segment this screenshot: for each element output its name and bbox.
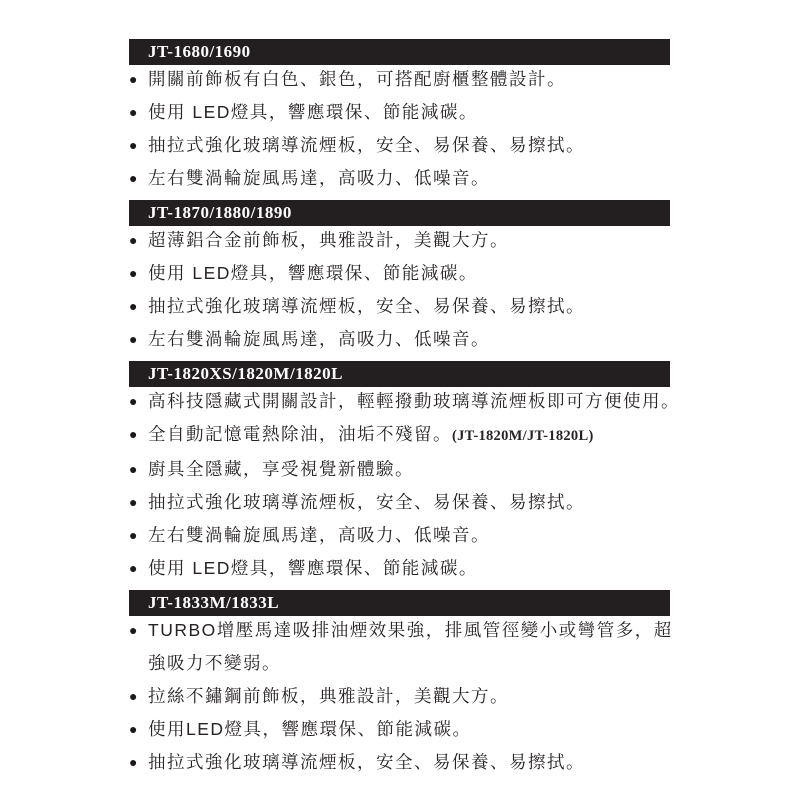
feature-text: 左右雙渦輪旋風馬達，高吸力、低噪音。	[148, 525, 490, 545]
model-number: JT-1833M/1833L	[148, 593, 279, 612]
product-section: JT-1820XS/1820M/1820L●高科技隱藏式開關設計，輕輕撥動玻璃導…	[129, 361, 689, 585]
feature-list: ●開關前飾板有白色、銀色，可搭配廚櫃整體設計。●使用 LED燈具，響應環保、節能…	[129, 63, 689, 195]
feature-text: 開關前飾板有白色、銀色，可搭配廚櫃整體設計。	[148, 69, 566, 89]
feature-item: ●左右雙渦輪旋風馬達，高吸力、低噪音。	[129, 519, 689, 552]
feature-item: ●全自動記憶電熱除油，油垢不殘留。(JT-1820M/JT-1820L)	[129, 418, 689, 453]
feature-text-wrap: 使用 LED燈具，響應環保、節能減碳。	[148, 257, 689, 290]
feature-item: ●抽拉式強化玻璃導流煙板，安全、易保養、易擦拭。	[129, 486, 689, 519]
feature-text: 全自動記憶電熱除油，油垢不殘留。	[148, 424, 452, 444]
feature-text-wrap: 左右雙渦輪旋風馬達，高吸力、低噪音。	[148, 162, 689, 195]
feature-text-wrap: 使用 LED燈具，響應環保、節能減碳。	[148, 552, 689, 585]
model-header-bar: JT-1820XS/1820M/1820L	[129, 361, 670, 387]
product-section: JT-1833M/1833L●TURBO增壓馬達吸排油煙效果強，排風管徑變小或彎…	[129, 590, 689, 779]
bullet-icon: ●	[129, 614, 148, 647]
bullet-icon: ●	[129, 162, 148, 195]
product-section: JT-1870/1880/1890●超薄鋁合金前飾板，典雅設計，美觀大方。●使用…	[129, 200, 689, 356]
bullet-icon: ●	[129, 290, 148, 323]
feature-item: ●使用LED燈具，響應環保、節能減碳。	[129, 713, 689, 746]
model-header-bar: JT-1870/1880/1890	[129, 200, 670, 226]
feature-list: ●超薄鋁合金前飾板，典雅設計，美觀大方。●使用 LED燈具，響應環保、節能減碳。…	[129, 224, 689, 356]
feature-text-wrap: 超薄鋁合金前飾板，典雅設計，美觀大方。	[148, 224, 689, 257]
feature-text: 使用LED燈具，響應環保、節能減碳。	[148, 719, 472, 739]
bullet-icon: ●	[129, 323, 148, 356]
model-header-bar: JT-1680/1690	[129, 39, 670, 65]
bullet-icon: ●	[129, 63, 148, 96]
bullet-icon: ●	[129, 385, 148, 418]
bullet-icon: ●	[129, 713, 148, 746]
feature-text-wrap: 廚具全隱藏，享受視覺新體驗。	[148, 453, 689, 486]
feature-item: ●左右雙渦輪旋風馬達，高吸力、低噪音。	[129, 323, 689, 356]
feature-text: 左右雙渦輪旋風馬達，高吸力、低噪音。	[148, 168, 490, 188]
feature-list: ●高科技隱藏式開關設計，輕輕撥動玻璃導流煙板即可方便使用。●全自動記憶電熱除油，…	[129, 385, 689, 585]
model-number: JT-1870/1880/1890	[148, 203, 292, 222]
feature-text: 高科技隱藏式開關設計，輕輕撥動玻璃導流煙板即可方便使用。	[148, 391, 680, 411]
feature-text: TURBO增壓馬達吸排油煙效果強，排風管徑變小或彎管多，超強吸力不變弱。	[148, 620, 673, 673]
feature-item: ●TURBO增壓馬達吸排油煙效果強，排風管徑變小或彎管多，超強吸力不變弱。	[129, 614, 689, 680]
feature-text-wrap: 抽拉式強化玻璃導流煙板，安全、易保養、易擦拭。	[148, 746, 689, 779]
bullet-icon: ●	[129, 552, 148, 585]
feature-item: ●抽拉式強化玻璃導流煙板，安全、易保養、易擦拭。	[129, 290, 689, 323]
feature-note: (JT-1820M/JT-1820L)	[452, 428, 594, 444]
feature-item: ●拉絲不鏽鋼前飾板，典雅設計，美觀大方。	[129, 680, 689, 713]
feature-item: ●使用 LED燈具，響應環保、節能減碳。	[129, 96, 689, 129]
feature-text: 抽拉式強化玻璃導流煙板，安全、易保養、易擦拭。	[148, 296, 585, 316]
bullet-icon: ●	[129, 129, 148, 162]
bullet-icon: ●	[129, 257, 148, 290]
feature-text: 使用 LED燈具，響應環保、節能減碳。	[148, 263, 478, 283]
feature-text-wrap: 抽拉式強化玻璃導流煙板，安全、易保養、易擦拭。	[148, 290, 689, 323]
feature-item: ●開關前飾板有白色、銀色，可搭配廚櫃整體設計。	[129, 63, 689, 96]
feature-text-wrap: 抽拉式強化玻璃導流煙板，安全、易保養、易擦拭。	[148, 486, 689, 519]
feature-text: 抽拉式強化玻璃導流煙板，安全、易保養、易擦拭。	[148, 135, 585, 155]
bullet-icon: ●	[129, 224, 148, 257]
feature-text-wrap: 高科技隱藏式開關設計，輕輕撥動玻璃導流煙板即可方便使用。	[148, 385, 689, 418]
model-number: JT-1820XS/1820M/1820L	[148, 364, 343, 383]
feature-item: ●左右雙渦輪旋風馬達，高吸力、低噪音。	[129, 162, 689, 195]
feature-text-wrap: 開關前飾板有白色、銀色，可搭配廚櫃整體設計。	[148, 63, 689, 96]
feature-item: ●高科技隱藏式開關設計，輕輕撥動玻璃導流煙板即可方便使用。	[129, 385, 689, 418]
feature-item: ●廚具全隱藏，享受視覺新體驗。	[129, 453, 689, 486]
feature-text: 使用 LED燈具，響應環保、節能減碳。	[148, 102, 478, 122]
feature-text: 左右雙渦輪旋風馬達，高吸力、低噪音。	[148, 329, 490, 349]
spec-content: JT-1680/1690●開關前飾板有白色、銀色，可搭配廚櫃整體設計。●使用 L…	[129, 39, 689, 784]
feature-text-wrap: 拉絲不鏽鋼前飾板，典雅設計，美觀大方。	[148, 680, 689, 713]
model-header-bar: JT-1833M/1833L	[129, 590, 670, 616]
feature-item: ●超薄鋁合金前飾板，典雅設計，美觀大方。	[129, 224, 689, 257]
feature-text: 抽拉式強化玻璃導流煙板，安全、易保養、易擦拭。	[148, 492, 585, 512]
feature-text: 拉絲不鏽鋼前飾板，典雅設計，美觀大方。	[148, 686, 509, 706]
bullet-icon: ●	[129, 680, 148, 713]
bullet-icon: ●	[129, 746, 148, 779]
feature-item: ●使用 LED燈具，響應環保、節能減碳。	[129, 552, 689, 585]
bullet-icon: ●	[129, 96, 148, 129]
feature-text-wrap: 使用 LED燈具，響應環保、節能減碳。	[148, 96, 689, 129]
feature-text: 超薄鋁合金前飾板，典雅設計，美觀大方。	[148, 230, 509, 250]
feature-text-wrap: 左右雙渦輪旋風馬達，高吸力、低噪音。	[148, 323, 689, 356]
feature-text-wrap: 使用LED燈具，響應環保、節能減碳。	[148, 713, 689, 746]
spec-sheet: JT-1680/1690●開關前飾板有白色、銀色，可搭配廚櫃整體設計。●使用 L…	[0, 0, 800, 800]
feature-text-wrap: 抽拉式強化玻璃導流煙板，安全、易保養、易擦拭。	[148, 129, 689, 162]
feature-text-wrap: 全自動記憶電熱除油，油垢不殘留。(JT-1820M/JT-1820L)	[148, 418, 689, 453]
feature-text: 廚具全隱藏，享受視覺新體驗。	[148, 459, 414, 479]
product-section: JT-1680/1690●開關前飾板有白色、銀色，可搭配廚櫃整體設計。●使用 L…	[129, 39, 689, 195]
feature-item: ●使用 LED燈具，響應環保、節能減碳。	[129, 257, 689, 290]
feature-list: ●TURBO增壓馬達吸排油煙效果強，排風管徑變小或彎管多，超強吸力不變弱。●拉絲…	[129, 614, 689, 779]
feature-text-wrap: 左右雙渦輪旋風馬達，高吸力、低噪音。	[148, 519, 689, 552]
bullet-icon: ●	[129, 453, 148, 486]
bullet-icon: ●	[129, 418, 148, 451]
feature-item: ●抽拉式強化玻璃導流煙板，安全、易保養、易擦拭。	[129, 746, 689, 779]
feature-text-wrap: TURBO增壓馬達吸排油煙效果強，排風管徑變小或彎管多，超強吸力不變弱。	[148, 614, 689, 680]
feature-text: 使用 LED燈具，響應環保、節能減碳。	[148, 558, 478, 578]
model-number: JT-1680/1690	[148, 42, 251, 61]
bullet-icon: ●	[129, 486, 148, 519]
bullet-icon: ●	[129, 519, 148, 552]
feature-text: 抽拉式強化玻璃導流煙板，安全、易保養、易擦拭。	[148, 752, 585, 772]
feature-item: ●抽拉式強化玻璃導流煙板，安全、易保養、易擦拭。	[129, 129, 689, 162]
